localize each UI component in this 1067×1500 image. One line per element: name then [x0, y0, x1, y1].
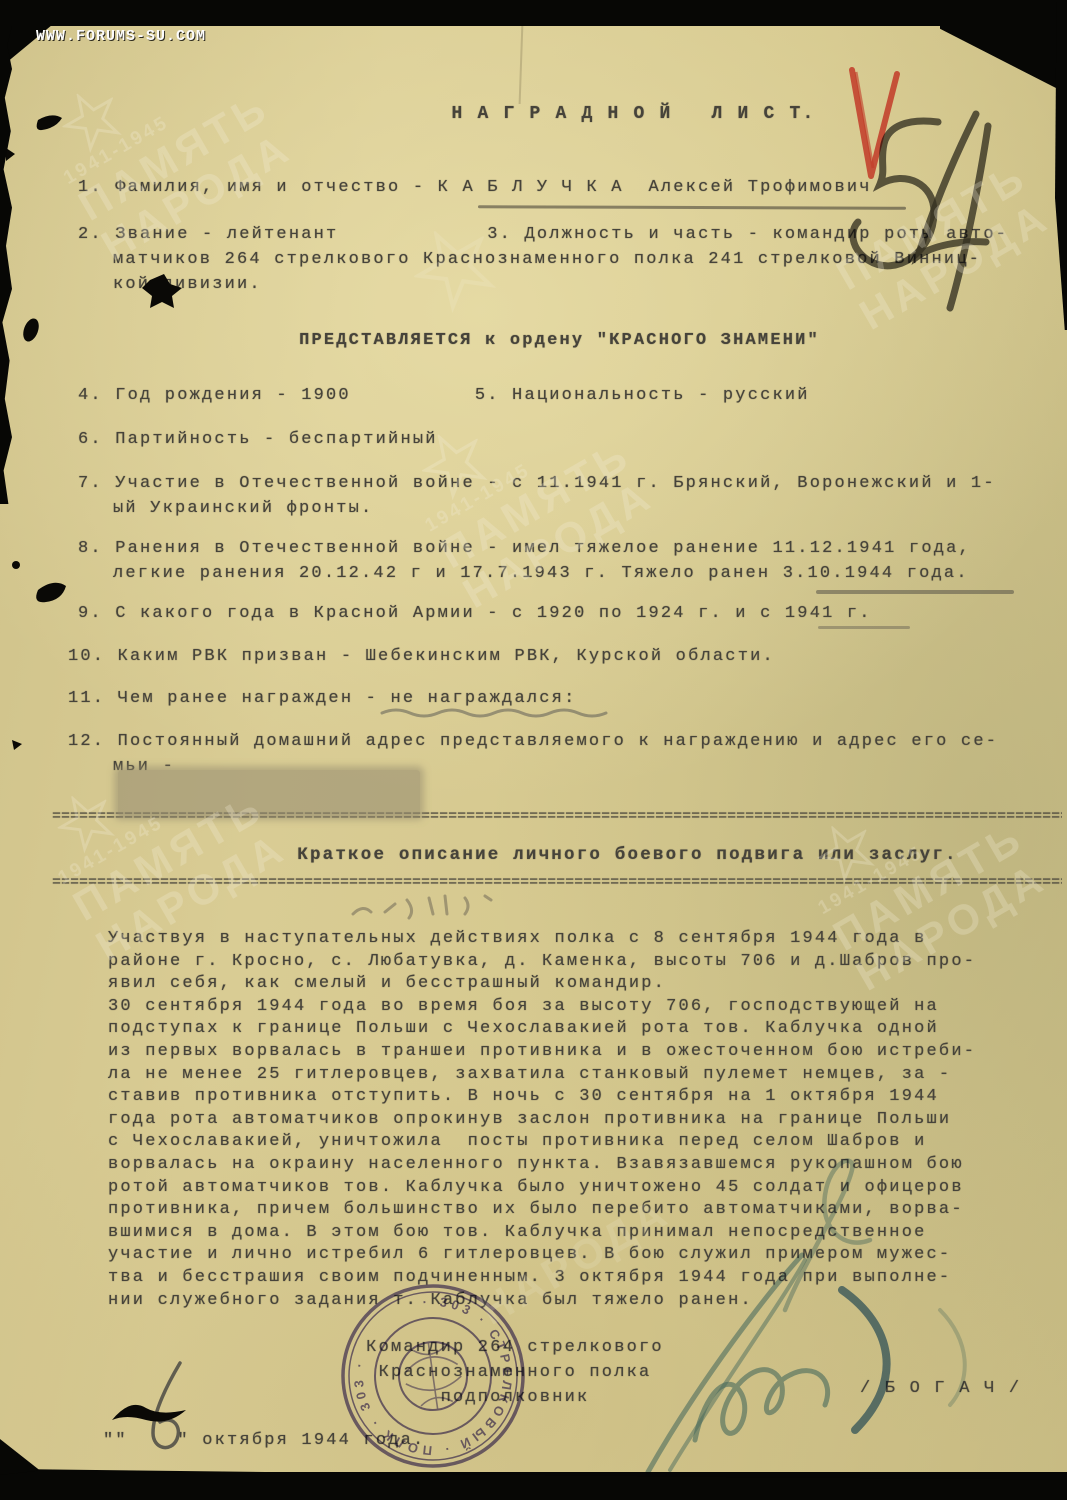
description-line: подступах к границе Польши с Чехославаки… [108, 1018, 976, 1041]
field-army-service: 9. С какого года в Красной Армии - с 192… [78, 603, 872, 624]
section-heading: Краткое описание личного боевого подвига… [0, 845, 1067, 866]
field-wounds-1: 8. Ранения в Отечественной войне - имел … [78, 538, 971, 559]
field-birth-nationality: 4. Год рождения - 1900 5. Национальность… [78, 385, 810, 406]
field-drafted-by: 10. Каким РВК призван - Шебекинским РВК,… [68, 646, 775, 667]
scanned-award-document: Н А Г Р А Д Н О Й Л И С Т. 1. Фамилия, и… [0, 0, 1067, 1500]
description-line: ла не менее 25 гитлеровцев, захватила ст… [108, 1064, 976, 1087]
section-divider-bottom: ========================================… [52, 876, 1062, 890]
redacted-address-area [118, 770, 420, 816]
description-line: из первых ворвалась в траншеи противника… [108, 1041, 976, 1064]
description-line: ворвалась на окраину населенного пункта.… [108, 1154, 976, 1177]
description-line: с Чехославакией, уничтожила посты против… [108, 1131, 976, 1154]
description-line: ротой автоматчиков тов. Каблучка было ун… [108, 1177, 976, 1200]
description-line: тва и бесстрашия своим подчиненным. 3 ок… [108, 1267, 976, 1290]
round-stamp: · 303 · СТРЕЛКОВЫЙ · ПОЛК · 303 · [320, 1263, 546, 1489]
award-presented-line: ПРЕДСТАВЛЯЕТСЯ к ордену "КРАСНОГО ЗНАМЕН… [0, 330, 1067, 351]
description-line: года рота автоматчиков опрокинув заслон … [108, 1109, 976, 1132]
field-war-participation-2: ый Украинский фронты. [113, 498, 373, 519]
combat-description: Участвуя в наступательных действиях полк… [108, 928, 976, 1312]
description-line: явил себя, как смелый и бесстрашный кома… [108, 973, 976, 996]
site-watermark: WWW.FORUMS-SU.COM [36, 28, 206, 45]
field-rank-position-1: 2. Звание - лейтенант 3. Должность и час… [78, 224, 1008, 245]
field-prior-awards: 11. Чем ранее награжден - не награждался… [68, 688, 576, 709]
field-rank-position-2: матчиков 264 стрелкового Краснознаменног… [113, 249, 981, 270]
document-title: Н А Г Р А Д Н О Й Л И С Т. [0, 104, 1067, 125]
description-line: районе г. Кросно, с. Любатувка, д. Камен… [108, 951, 976, 974]
field-wounds-2: легкие ранения 20.12.42 г и 17.7.1943 г.… [113, 563, 969, 584]
field-name: 1. Фамилия, имя и отчество - К А Б Л У Ч… [78, 177, 872, 198]
pencil-underline-wound-date [816, 590, 1014, 594]
field-rank-position-3: кой дивизии. [113, 274, 262, 295]
pencil-underline-1941 [818, 626, 910, 629]
description-line: противника, причем большинство их было п… [108, 1199, 976, 1222]
description-line: 30 сентября 1944 года во время боя за вы… [108, 996, 976, 1019]
description-line: Участвуя в наступательных действиях полк… [108, 928, 976, 951]
field-party: 6. Партийность - беспартийный [78, 429, 438, 450]
signoff-name: / Б О Г А Ч / [860, 1378, 1021, 1399]
description-line: нии служебного задания т. Каблучка был т… [108, 1290, 976, 1313]
description-line: участие и лично истребил 6 гитлеровцев. … [108, 1244, 976, 1267]
field-home-address-1: 12. Постоянный домашний адрес представля… [68, 731, 998, 752]
description-line: ставив противника отступить. В ночь с 30… [108, 1086, 976, 1109]
field-war-participation-1: 7. Участие в Отечественной войне - с 11.… [78, 473, 996, 494]
description-line: вшимися в дома. В этом бою тов. Каблучка… [108, 1222, 976, 1245]
scan-edge-top [0, 0, 1067, 26]
